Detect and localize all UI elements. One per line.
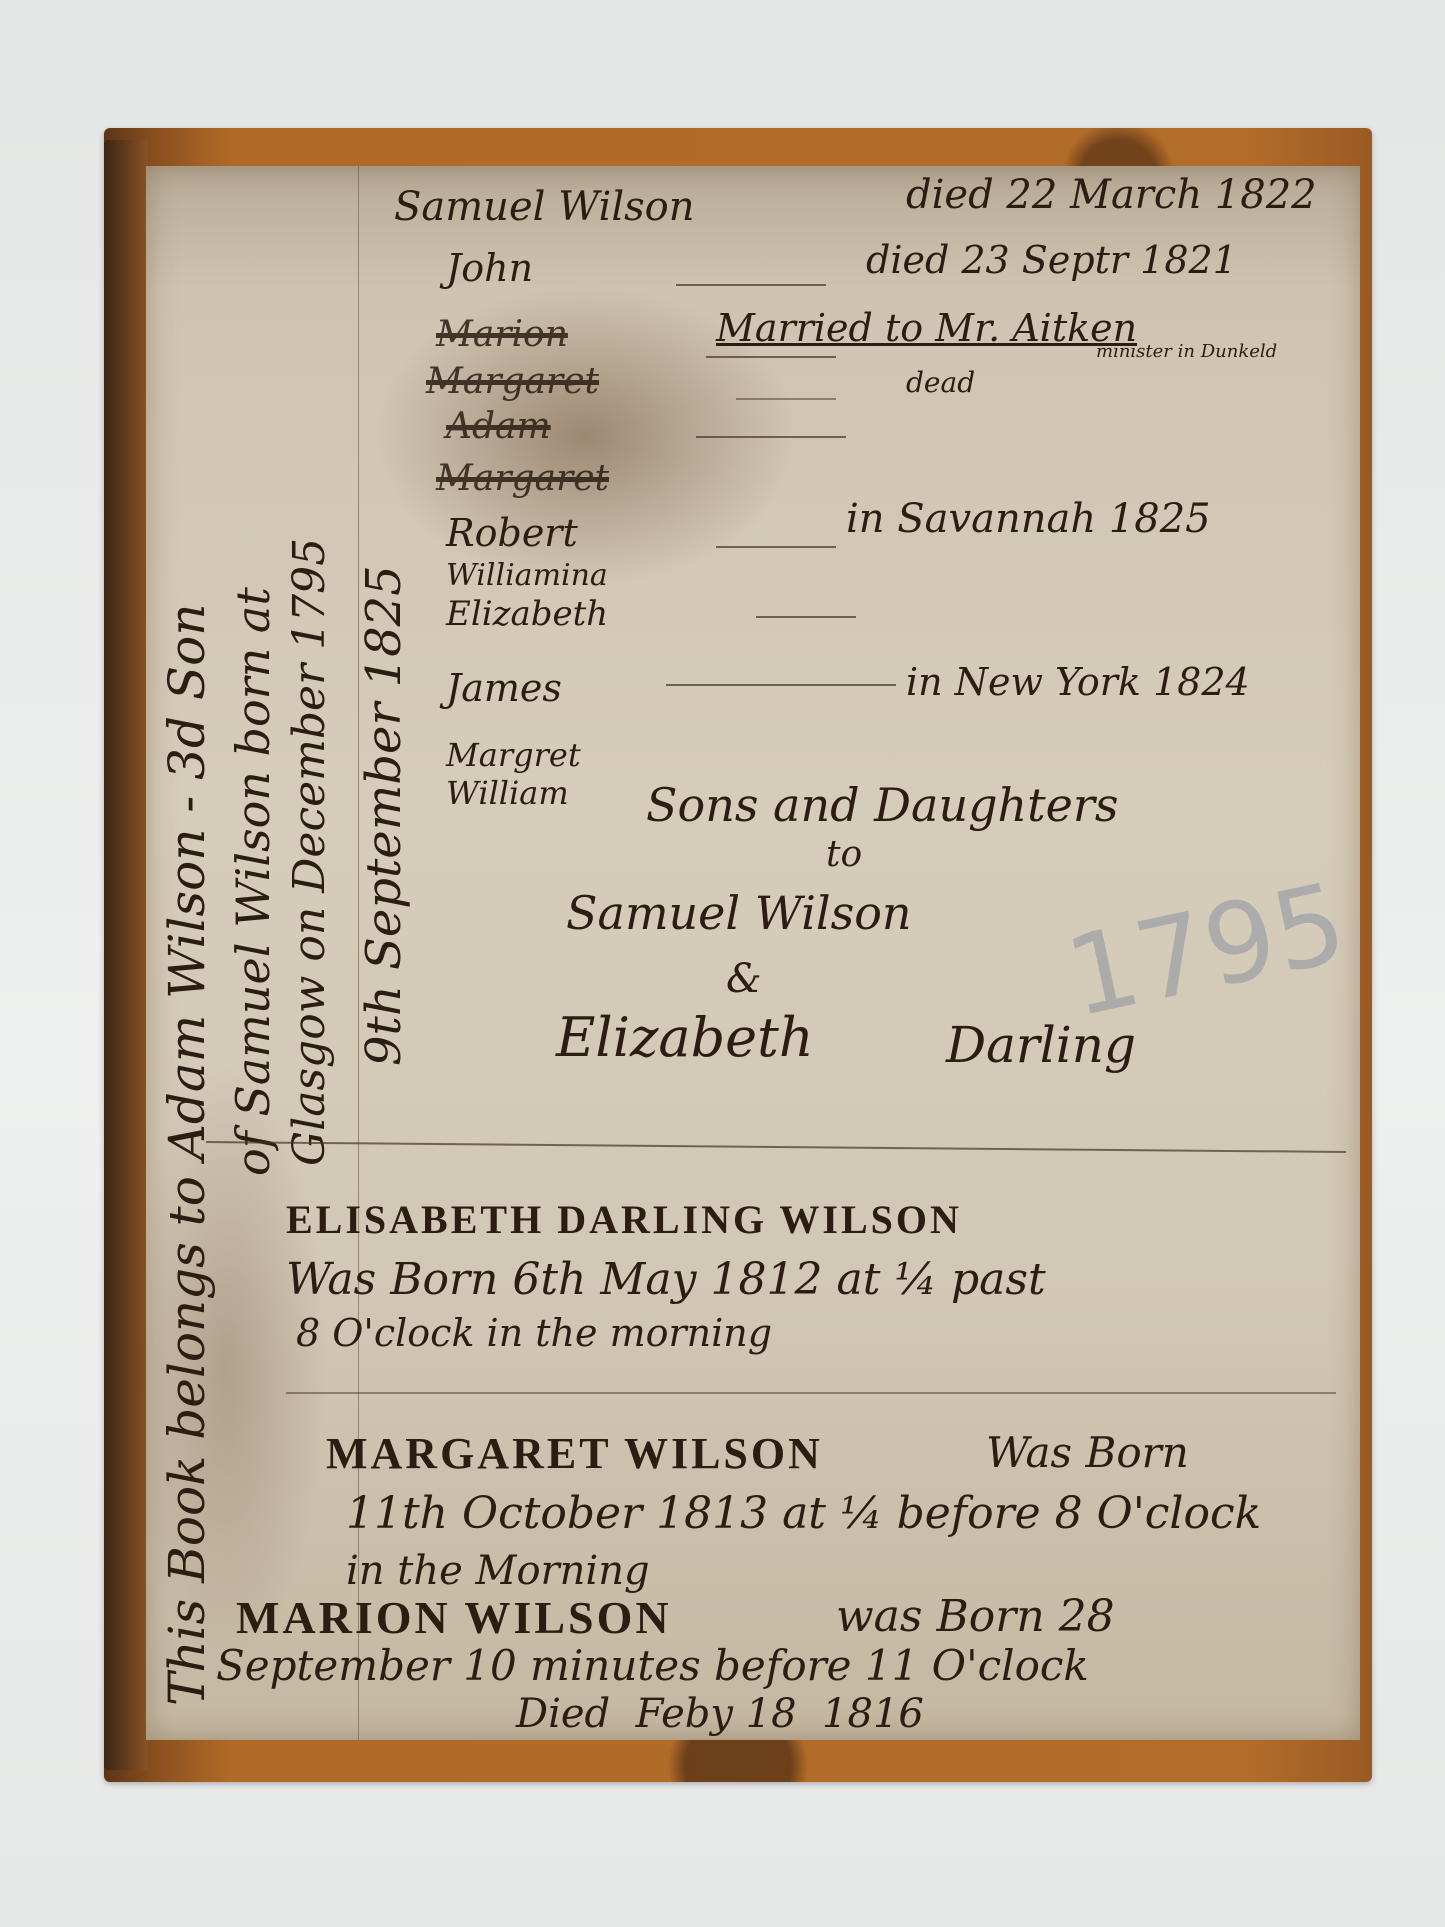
list-item-note: Married to Mr. Aitken (716, 306, 1137, 350)
leader-line (696, 436, 846, 438)
margin-inscription-line3: Glasgow on December 1795 (284, 538, 335, 1166)
record-line2: September 10 minutes before 11 O'clock (216, 1641, 1089, 1690)
list-item-name: Adam (446, 406, 551, 447)
leader-line (666, 684, 896, 686)
heading-line1: Sons and Daughters (646, 778, 1119, 832)
record-name: MARION WILSON (236, 1591, 672, 1644)
leader-line (756, 616, 856, 618)
record-line3: 8 O'clock in the morning (296, 1311, 772, 1355)
heading-line5-first: Elizabeth (556, 1006, 814, 1069)
record-tail: was Born 28 (836, 1591, 1115, 1642)
list-item-name: Robert (446, 511, 578, 555)
list-item-name: James (446, 666, 562, 710)
heading-line3: Samuel Wilson (566, 886, 912, 940)
list-item-name: Marion (436, 314, 568, 355)
margin-inscription-line2: of Samuel Wilson born at (226, 587, 280, 1176)
list-item-name: Margret (446, 736, 581, 774)
record-name: MARGARET WILSON (326, 1428, 823, 1479)
list-item-name: Elizabeth (446, 594, 608, 634)
list-item-note: died 22 March 1822 (906, 172, 1317, 218)
list-item-name: John (446, 246, 533, 290)
list-item-name: Williamina (446, 558, 608, 593)
list-item-subnote: minister in Dunkeld (1096, 341, 1277, 362)
list-item-note: dead (906, 366, 975, 399)
record-name: ELISABETH DARLING WILSON (286, 1196, 962, 1243)
heading-line2: to (826, 834, 862, 875)
leader-line (716, 546, 836, 548)
record-line2: 11th October 1813 at ¼ before 8 O'clock (346, 1488, 1261, 1539)
leader-line (676, 284, 826, 286)
list-item-name: Margaret (426, 361, 599, 402)
list-item-note: in New York 1824 (906, 660, 1250, 704)
list-item-note: died 23 Septr 1821 (866, 238, 1237, 282)
record-line3: in the Morning (346, 1548, 650, 1594)
margin-inscription-line4: 9th September 1825 (356, 565, 412, 1066)
list-item-name: Samuel Wilson (394, 184, 695, 230)
document-page: This Book belongs to Adam Wilson - 3d So… (146, 166, 1360, 1740)
margin-inscription-line1: This Book belongs to Adam Wilson - 3d So… (158, 604, 216, 1706)
section-divider (206, 1141, 1346, 1153)
record-line2: Was Born 6th May 1812 at ¼ past (286, 1254, 1046, 1305)
record-tail: Was Born (986, 1428, 1189, 1477)
list-item-note: in Savannah 1825 (846, 496, 1211, 542)
record-line3: Died Feby 18 1816 (516, 1691, 924, 1737)
list-item-name: Margaret (436, 458, 609, 499)
heading-line4: & (726, 956, 762, 1002)
leader-line (736, 398, 836, 400)
pencil-annotation: 1795 (1056, 858, 1356, 1041)
list-item-name: William (446, 774, 569, 812)
record-divider (286, 1392, 1336, 1394)
leader-line (706, 356, 836, 358)
